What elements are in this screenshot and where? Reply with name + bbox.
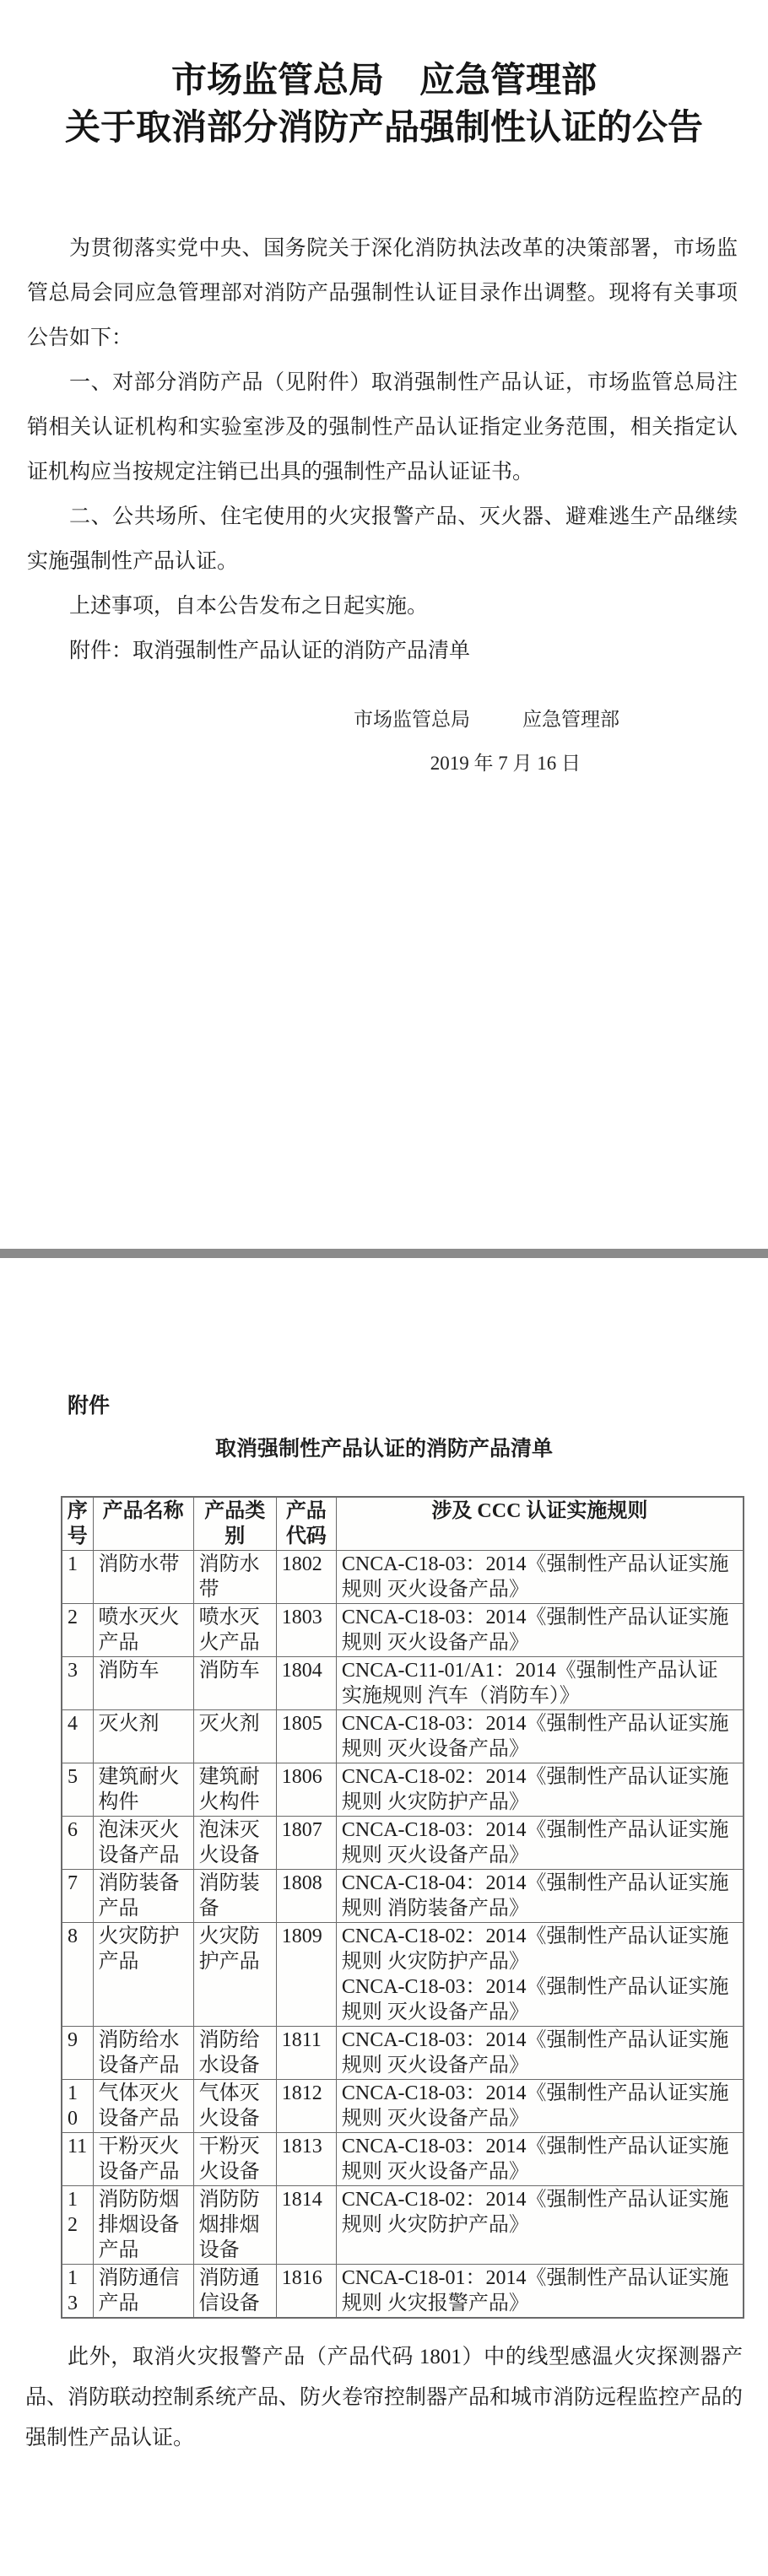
cell-code: 1805 [276,1710,336,1763]
cell-rules: CNCA-C18-02：2014《强制性产品认证实施规则 火灾防护产品》 CNC… [336,1923,744,2027]
paragraph-item-1: 一、对部分消防产品（见附件）取消强制性产品认证，市场监管总局注销相关认证机构和实… [27,360,738,494]
attachment-section: 附件 取消强制性产品认证的消防产品清单 序号 产品名称 产品类别 产品代码 涉及… [0,1258,768,2576]
cell-category: 喷水灭火产品 [193,1604,276,1657]
cell-name: 消防装备产品 [93,1870,193,1923]
cell-no: 12 [62,2186,93,2265]
cell-code: 1804 [276,1657,336,1710]
paragraph-item-2: 二、公共场所、住宅使用的火灾报警产品、灭火器、避难逃生产品继续实施强制性产品认证… [27,494,738,584]
cell-name: 泡沫灭火设备产品 [93,1817,193,1870]
page-divider-bar [0,1249,768,1258]
products-table-body: 1消防水带消防水带1802CNCA-C18-03：2014《强制性产品认证实施规… [62,1551,744,2319]
cell-no: 10 [62,2080,93,2133]
cell-category: 消防装备 [193,1870,276,1923]
cell-name: 消防车 [93,1657,193,1710]
cell-name: 消防给水设备产品 [93,2027,193,2080]
table-row: 10气体灭火设备产品气体灭火设备1812CNCA-C18-03：2014《强制性… [62,2080,744,2133]
cell-no: 7 [62,1870,93,1923]
cell-no: 8 [62,1923,93,2027]
attachment-reference: 附件：取消强制性产品认证的消防产品清单 [27,629,738,673]
products-table: 序号 产品名称 产品类别 产品代码 涉及 CCC 认证实施规则 1消防水带消防水… [61,1496,744,2319]
col-header-no: 序号 [62,1497,93,1551]
cell-category: 消防水带 [193,1551,276,1604]
title-line-2: 关于取消部分消防产品强制性认证的公告 [0,105,768,152]
table-row: 11干粉灭火设备产品干粉灭火设备1813CNCA-C18-03：2014《强制性… [62,2133,744,2186]
cell-code: 1809 [276,1923,336,2027]
cell-code: 1808 [276,1870,336,1923]
table-row: 8火灾防护产品火灾防护产品1809CNCA-C18-02：2014《强制性产品认… [62,1923,744,2027]
cell-category: 消防防烟排烟设备 [193,2186,276,2265]
cell-no: 13 [62,2265,93,2319]
cell-rules: CNCA-C18-03：2014《强制性产品认证实施规则 灭火设备产品》 [336,1551,744,1604]
cell-rules: CNCA-C18-02：2014《强制性产品认证实施规则 火灾防护产品》 [336,1763,744,1817]
table-row: 3消防车消防车1804CNCA-C11-01/A1：2014《强制性产品认证实施… [62,1657,744,1710]
cell-category: 消防车 [193,1657,276,1710]
cell-no: 9 [62,2027,93,2080]
cell-rules: CNCA-C18-03：2014《强制性产品认证实施规则 灭火设备产品》 [336,1604,744,1657]
paragraph-effective: 上述事项，自本公告发布之日起实施。 [27,584,738,629]
cell-code: 1814 [276,2186,336,2265]
cell-category: 干粉灭火设备 [193,2133,276,2186]
cell-rules: CNCA-C18-03：2014《强制性产品认证实施规则 灭火设备产品》 [336,2133,744,2186]
cell-no: 5 [62,1763,93,1817]
cell-category: 建筑耐火构件 [193,1763,276,1817]
cell-rules: CNCA-C18-03：2014《强制性产品认证实施规则 灭火设备产品》 [336,1817,744,1870]
cell-name: 气体灭火设备产品 [93,2080,193,2133]
cell-code: 1806 [276,1763,336,1817]
cell-category: 消防给水设备 [193,2027,276,2080]
table-row: 12消防防烟排烟设备产品消防防烟排烟设备1814CNCA-C18-02：2014… [62,2186,744,2265]
cell-rules: CNCA-C11-01/A1：2014《强制性产品认证实施规则 汽车（消防车）》 [336,1657,744,1710]
cell-category: 泡沫灭火设备 [193,1817,276,1870]
cell-rules: CNCA-C18-03：2014《强制性产品认证实施规则 灭火设备产品》 [336,2080,744,2133]
table-header-row: 序号 产品名称 产品类别 产品代码 涉及 CCC 认证实施规则 [62,1497,744,1551]
cell-no: 6 [62,1817,93,1870]
table-row: 1消防水带消防水带1802CNCA-C18-03：2014《强制性产品认证实施规… [62,1551,744,1604]
cell-no: 2 [62,1604,93,1657]
table-row: 9消防给水设备产品消防给水设备1811CNCA-C18-03：2014《强制性产… [62,2027,744,2080]
cell-name: 灭火剂 [93,1710,193,1763]
cell-code: 1812 [276,2080,336,2133]
attachment-label: 附件 [68,1393,768,1420]
col-header-rules: 涉及 CCC 认证实施规则 [336,1497,744,1551]
cell-name: 消防水带 [93,1551,193,1604]
cell-code: 1802 [276,1551,336,1604]
cell-name: 消防防烟排烟设备产品 [93,2186,193,2265]
signature-org-2: 应急管理部 [522,705,619,734]
table-row: 2喷水灭火产品喷水灭火产品1803CNCA-C18-03：2014《强制性产品认… [62,1604,744,1657]
table-row: 6泡沫灭火设备产品泡沫灭火设备1807CNCA-C18-03：2014《强制性产… [62,1817,744,1870]
cell-name: 建筑耐火构件 [93,1763,193,1817]
cell-name: 消防通信产品 [93,2265,193,2319]
attachment-table-title: 取消强制性产品认证的消防产品清单 [0,1435,768,1464]
closing-paragraph: 此外，取消火灾报警产品（产品代码 1801）中的线型感温火灾探测器产品、消防联动… [25,2337,743,2459]
document-title: 市场监管总局 应急管理部 关于取消部分消防产品强制性认证的公告 [0,57,768,152]
cell-rules: CNCA-C18-04：2014《强制性产品认证实施规则 消防装备产品》 [336,1870,744,1923]
announcement-section: 市场监管总局 应急管理部 关于取消部分消防产品强制性认证的公告 为贯彻落实党中央… [0,0,768,1249]
table-row: 4灭火剂灭火剂1805CNCA-C18-03：2014《强制性产品认证实施规则 … [62,1710,744,1763]
cell-no: 4 [62,1710,93,1763]
signature-orgs: 市场监管总局 应急管理部 [0,705,768,734]
cell-no: 11 [62,2133,93,2186]
col-header-name: 产品名称 [93,1497,193,1551]
cell-code: 1807 [276,1817,336,1870]
cell-no: 1 [62,1551,93,1604]
signature-org-1: 市场监管总局 [354,705,470,734]
announcement-body: 为贯彻落实党中央、国务院关于深化消防执法改革的决策部署，市场监管总局会同应急管理… [27,226,738,673]
cell-code: 1803 [276,1604,336,1657]
cell-rules: CNCA-C18-03：2014《强制性产品认证实施规则 灭火设备产品》 [336,2027,744,2080]
table-row: 13消防通信产品消防通信设备1816CNCA-C18-01：2014《强制性产品… [62,2265,744,2319]
cell-rules: CNCA-C18-01：2014《强制性产品认证实施规则 火灾报警产品》 [336,2265,744,2319]
cell-rules: CNCA-C18-03：2014《强制性产品认证实施规则 灭火设备产品》 [336,1710,744,1763]
cell-no: 3 [62,1657,93,1710]
cell-category: 气体灭火设备 [193,2080,276,2133]
page: 市场监管总局 应急管理部 关于取消部分消防产品强制性认证的公告 为贯彻落实党中央… [0,0,768,2576]
cell-name: 喷水灭火产品 [93,1604,193,1657]
col-header-category: 产品类别 [193,1497,276,1551]
title-line-1: 市场监管总局 应急管理部 [0,57,768,105]
cell-category: 消防通信设备 [193,2265,276,2319]
paragraph-intro: 为贯彻落实党中央、国务院关于深化消防执法改革的决策部署，市场监管总局会同应急管理… [27,226,738,360]
cell-name: 干粉灭火设备产品 [93,2133,193,2186]
cell-code: 1811 [276,2027,336,2080]
cell-rules: CNCA-C18-02：2014《强制性产品认证实施规则 火灾防护产品》 [336,2186,744,2265]
cell-category: 火灾防护产品 [193,1923,276,2027]
signature-date: 2019 年 7 月 16 日 [0,749,768,778]
signature-block: 市场监管总局 应急管理部 2019 年 7 月 16 日 [0,705,768,778]
cell-code: 1813 [276,2133,336,2186]
table-row: 5建筑耐火构件建筑耐火构件1806CNCA-C18-02：2014《强制性产品认… [62,1763,744,1817]
col-header-code: 产品代码 [276,1497,336,1551]
table-row: 7消防装备产品消防装备1808CNCA-C18-04：2014《强制性产品认证实… [62,1870,744,1923]
cell-name: 火灾防护产品 [93,1923,193,2027]
cell-code: 1816 [276,2265,336,2319]
cell-category: 灭火剂 [193,1710,276,1763]
